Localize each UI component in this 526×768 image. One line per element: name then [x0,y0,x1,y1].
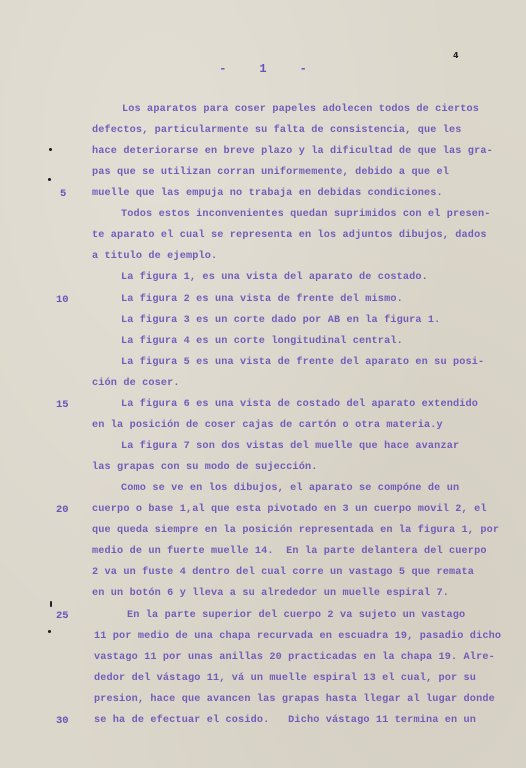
page-number-dash-right: - [290,62,316,76]
text-line-16: en la posición de coser cajas de cartón … [0,418,526,434]
text-line-7: te aparato el cual se representa en los … [0,228,526,244]
line-text: La figura 4 es un corte longitudinal cen… [121,334,403,350]
text-line-8: a titulo de ejemplo. [0,249,526,265]
text-line-20: cuerpo o base 1,al que esta pivotado en … [0,502,526,518]
text-line-17: La figura 7 son dos vistas del muelle qu… [0,439,526,455]
text-line-1: Los aparatos para coser papeles adolecen… [0,102,526,118]
line-text: hace deteriorarse en breve plazo y la di… [92,144,493,160]
line-text: presion, hace que avancen las grapas has… [94,692,495,708]
line-text: La figura 7 son dos vistas del muelle qu… [121,439,459,455]
text-line-23: 2 va un fuste 4 dentro del cual corre un… [0,565,526,581]
page-number-dash-left: - [210,62,236,76]
line-text: medio de un fuerte muelle 14. En la part… [92,544,487,560]
text-line-10: La figura 2 es una vista de frente del m… [0,292,526,308]
text-line-2: defectos, particularmente su falta de co… [0,123,526,139]
text-line-26: 11 por medio de una chapa recurvada en e… [0,629,526,645]
line-text: en la posición de coser cajas de cartón … [92,418,443,434]
line-text: La figura 1, es una vista del aparato de… [121,270,428,286]
text-line-25: En la parte superior del cuerpo 2 va suj… [0,608,526,624]
text-line-19: Como se ve en los dibujos, el aparato se… [0,481,526,497]
text-line-27: vastago 11 por unas anillas 20 practicad… [0,650,526,666]
text-line-21: que queda siempre en la posición represe… [0,523,526,539]
text-line-6: Todos estos inconvenientes quedan suprim… [0,207,526,223]
line-text: 11 por medio de una chapa recurvada en e… [94,629,501,645]
text-line-28: dedor del vástago 11, vá un muelle espir… [0,671,526,687]
text-line-22: medio de un fuerte muelle 14. En la part… [0,544,526,560]
line-text: Los aparatos para coser papeles adolecen… [122,102,479,118]
line-text: Como se ve en los dibujos, el aparato se… [121,481,459,497]
line-text: que queda siempre en la posición represe… [92,523,499,539]
line-text: pas que se utilizan corran uniformemente… [92,165,449,181]
text-line-5: muelle que las empuja no trabaja en debi… [0,186,526,202]
line-text: En la parte superior del cuerpo 2 va suj… [127,608,465,624]
line-text: se ha de efectuar el cosido. Dicho vásta… [94,713,476,729]
line-text: La figura 5 es una vista de frente del a… [121,355,484,371]
line-text: Todos estos inconvenientes quedan suprim… [121,207,491,223]
line-text: defectos, particularmente su falta de co… [92,123,462,139]
line-text: muelle que las empuja no trabaja en debi… [92,186,443,202]
corner-ink-mark: 4 [453,51,459,60]
line-text: La figura 3 es un corte dado por AB en l… [121,313,440,329]
line-text: a titulo de ejemplo. [92,249,217,265]
text-line-24: en un botón 6 y lleva a su alrededor un … [0,586,526,602]
text-line-9: La figura 1, es una vista del aparato de… [0,270,526,286]
text-line-15: La figura 6 es una vista de costado del … [0,397,526,413]
text-line-11: La figura 3 es un corte dado por AB en l… [0,313,526,329]
line-text: te aparato el cual se representa en los … [92,228,487,244]
text-line-4: pas que se utilizan corran uniformemente… [0,165,526,181]
line-text: las grapas con su modo de sujección. [92,460,318,476]
text-line-30: se ha de efectuar el cosido. Dicho vásta… [0,713,526,729]
text-line-3: hace deteriorarse en breve plazo y la di… [0,144,526,160]
text-line-29: presion, hace que avancen las grapas has… [0,692,526,708]
line-text: La figura 2 es una vista de frente del m… [121,292,403,308]
line-text: ción de coser. [92,376,180,392]
page-number-header: - 1 - [0,62,526,76]
line-text: La figura 6 es una vista de costado del … [121,397,478,413]
typewritten-document-page: 4 - 1 - 5 10 15 20 25 30 Los aparatos pa… [0,0,526,768]
line-text: vastago 11 por unas anillas 20 practicad… [94,650,495,666]
text-line-12: La figura 4 es un corte longitudinal cen… [0,334,526,350]
line-text: en un botón 6 y lleva a su alrededor un … [92,586,449,602]
line-text: dedor del vástago 11, vá un muelle espir… [94,671,476,687]
text-line-18: las grapas con su modo de sujección. [0,460,526,476]
line-text: 2 va un fuste 4 dentro del cual corre un… [92,565,474,581]
text-line-14: ción de coser. [0,376,526,392]
text-line-13: La figura 5 es una vista de frente del a… [0,355,526,371]
line-text: cuerpo o base 1,al que esta pivotado en … [92,502,487,518]
page-number: 1 [243,62,283,76]
